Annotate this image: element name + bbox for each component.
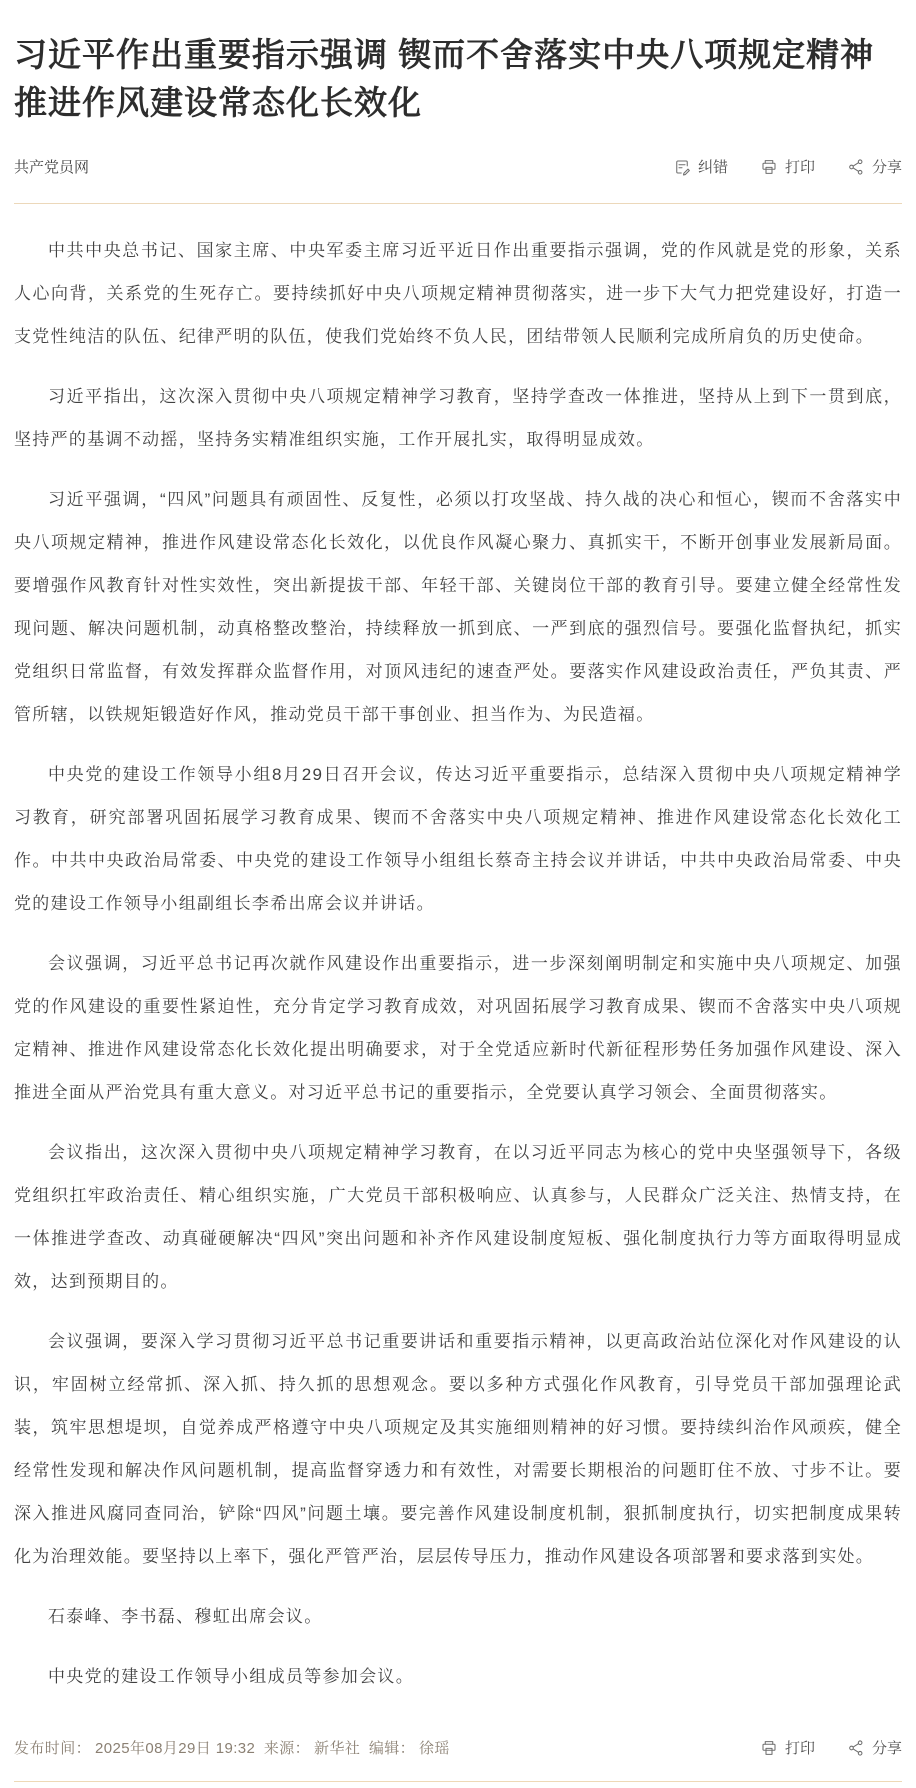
share-nodes-icon	[847, 1739, 865, 1757]
article-page: 习近平作出重要指示强调 锲而不舍落实中央八项规定精神 推进作风建设常态化长效化 …	[0, 0, 916, 1698]
article-paragraph: 石泰峰、李书磊、穆虹出席会议。	[14, 1595, 902, 1638]
editor-value: 徐瑶	[419, 1740, 450, 1757]
article-paragraph: 习近平指出，这次深入贯彻中央八项规定精神学习教育，坚持学查改一体推进，坚持从上到…	[14, 375, 902, 461]
share-label: 分享	[872, 156, 902, 177]
article-paragraph: 习近平强调，“四风”问题具有顽固性、反复性，必须以打攻坚战、持久战的决心和恒心，…	[14, 478, 902, 736]
page-title: 习近平作出重要指示强调 锲而不舍落实中央八项规定精神 推进作风建设常态化长效化	[14, 0, 902, 127]
meta-row: 共产党员网 纠错	[14, 156, 902, 177]
print-label: 打印	[785, 156, 815, 177]
source-site-name: 共产党员网	[14, 156, 89, 177]
article-paragraph: 中央党的建设工作领导小组8月29日召开会议，传达习近平重要指示，总结深入贯彻中央…	[14, 753, 902, 925]
article-paragraph: 会议强调，要深入学习贯彻习近平总书记重要讲话和重要指示精神，以更高政治站位深化对…	[14, 1320, 902, 1578]
print-button[interactable]: 打印	[760, 156, 815, 177]
correct-error-label: 纠错	[698, 156, 728, 177]
share-nodes-icon	[847, 158, 865, 176]
correct-error-button[interactable]: 纠错	[673, 156, 728, 177]
footer-share-button[interactable]: 分享	[847, 1737, 902, 1758]
printer-icon	[760, 1739, 778, 1757]
publish-info: 发布时间：2025年08月29日 19:32 来源：新华社 编辑：徐瑶	[14, 1737, 454, 1758]
article-body: 中共中央总书记、国家主席、中央军委主席习近平近日作出重要指示强调，党的作风就是党…	[14, 204, 902, 1698]
source-label: 来源：	[264, 1740, 310, 1757]
share-button[interactable]: 分享	[847, 156, 902, 177]
article-actions: 纠错 打印	[673, 156, 902, 177]
source-value: 新华社	[314, 1740, 360, 1757]
article-paragraph: 中央党的建设工作领导小组成员等参加会议。	[14, 1655, 902, 1698]
footer-print-label: 打印	[785, 1737, 815, 1758]
article-paragraph: 会议指出，这次深入贯彻中央八项规定精神学习教育，在以习近平同志为核心的党中央坚强…	[14, 1131, 902, 1303]
publish-time: 2025年08月29日 19:32	[95, 1740, 255, 1757]
publish-time-label: 发布时间：	[14, 1740, 91, 1757]
printer-icon	[760, 158, 778, 176]
footer-actions: 打印 分享	[760, 1737, 902, 1758]
bottom-divider	[14, 1781, 902, 1782]
footer-share-label: 分享	[872, 1737, 902, 1758]
editor-label: 编辑：	[369, 1740, 415, 1757]
edit-document-icon	[673, 158, 691, 176]
footer-row: 发布时间：2025年08月29日 19:32 来源：新华社 编辑：徐瑶 打印	[14, 1737, 902, 1758]
article-paragraph: 会议强调，习近平总书记再次就作风建设作出重要指示，进一步深刻阐明制定和实施中央八…	[14, 942, 902, 1114]
footer-print-button[interactable]: 打印	[760, 1737, 815, 1758]
article-paragraph: 中共中央总书记、国家主席、中央军委主席习近平近日作出重要指示强调，党的作风就是党…	[14, 229, 902, 358]
